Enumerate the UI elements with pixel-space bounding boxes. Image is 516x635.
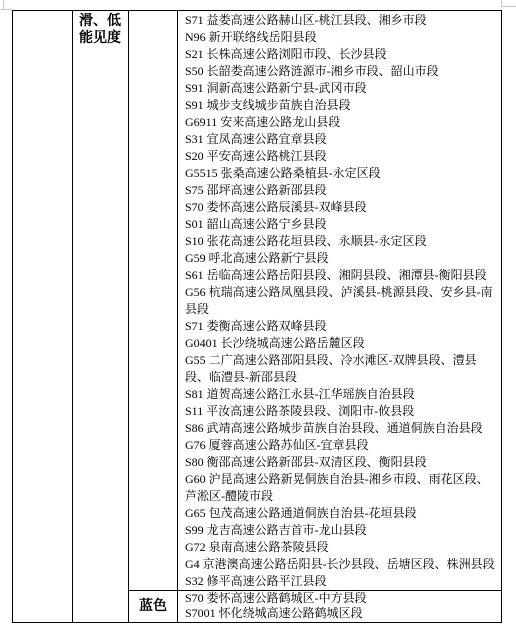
road-item: S80 衡邵高速公路新邵县-双清区段、衡阳县段 — [185, 454, 499, 471]
warning-level-empty-cell — [129, 11, 177, 591]
road-item: S7001 怀化绕城高速公路鹤城区段 — [185, 606, 499, 621]
road-item: N96 新开联络线岳阳县段 — [185, 29, 499, 46]
road-item: G0401 长沙绕城高速公路岳麓区段 — [185, 335, 499, 352]
road-item: G59 呼北高速公路新宁县段 — [185, 250, 499, 267]
hazard-type-column: 滑、低能见度 — [73, 11, 129, 622]
road-item: G56 杭瑞高速公路凤凰县段、泸溪县-桃源县段、安乡县-南县段 — [185, 284, 499, 318]
road-item: S01 韶山高速公路宁乡县段 — [185, 216, 499, 233]
road-item: S91 城步支线城步苗族自治县段 — [185, 97, 499, 114]
road-item: S71 益娄高速公路赫山区-桃江县段、湘乡市段 — [185, 12, 499, 29]
road-item: G72 泉南高速公路茶陵县段 — [185, 539, 499, 556]
road-item: S50 长韶娄高速公路涟源市-湘乡市段、韶山市段 — [185, 63, 499, 80]
road-item: S71 娄衡高速公路双峰县段 — [185, 318, 499, 335]
road-item: G76 厦蓉高速公路苏仙区-宜章县段 — [185, 437, 499, 454]
road-item: S81 道贺高速公路江永县-江华瑶族自治县段 — [185, 386, 499, 403]
road-item: G55 二广高速公路邵阳县段、冷水滩区-双牌县段、澧县段、临澧县-新邵县段 — [185, 352, 499, 386]
gridline-artifact-top-left-horizontal — [0, 9, 12, 10]
road-item: S91 洞新高速公路新宁县-武冈市段 — [185, 80, 499, 97]
main-road-list: S71 益娄高速公路赫山区-桃江县段、湘乡市段 N96 新开联络线岳阳县段 S2… — [178, 11, 501, 591]
road-item: G5515 张桑高速公路桑植县-永定区段 — [185, 165, 499, 182]
road-item: S32 修平高速公路平江县段 — [185, 573, 499, 590]
road-warning-table: 滑、低能见度 蓝色 S71 益娄高速公路赫山区-桃江县段、湘乡市段 N96 新开… — [12, 10, 502, 623]
road-item: S61 岳临高速公路岳阳县段、湘阴县段、湘潭县-衡阳县段 — [185, 267, 499, 284]
warning-level-blue-label: 蓝色 — [129, 591, 177, 622]
road-item: S11 平汝高速公路茶陵县段、浏阳市-攸县段 — [185, 403, 499, 420]
road-item: S20 平安高速公路桃江县段 — [185, 148, 499, 165]
road-item: G6911 安来高速公路龙山县段 — [185, 114, 499, 131]
road-item: S70 娄怀高速公路鹤城区-中方县段 — [185, 591, 499, 606]
road-item: S70 娄怀高速公路辰溪县-双峰县段 — [185, 199, 499, 216]
road-item: S10 张花高速公路花垣县段、永顺县-永定区段 — [185, 233, 499, 250]
road-item: G4 京港澳高速公路岳阳县-长沙县段、岳塘区段、株洲县段 — [185, 556, 499, 573]
blue-level-road-list: S70 娄怀高速公路鹤城区-中方县段 S7001 怀化绕城高速公路鹤城区段 — [178, 591, 501, 622]
empty-left-column — [13, 11, 73, 622]
road-item: S86 武靖高速公路城步苗族自治县段、通道侗族自治县段 — [185, 420, 499, 437]
road-item: S31 宜凤高速公路宜章县段 — [185, 131, 499, 148]
road-item: G65 包茂高速公路通道侗族自治县-花垣县段 — [185, 505, 499, 522]
document-page: { "colors": { "background": "#ffffff", "… — [0, 0, 516, 635]
road-item: G60 沪昆高速公路新晃侗族自治县-湘乡市段、雨花区段、芦淞区-醴陵市段 — [185, 471, 499, 505]
road-list-column: S71 益娄高速公路赫山区-桃江县段、湘乡市段 N96 新开联络线岳阳县段 S2… — [178, 11, 501, 622]
road-item: S99 龙吉高速公路吉首市-龙山县段 — [185, 522, 499, 539]
road-item: S21 长株高速公路浏阳市段、长沙县段 — [185, 46, 499, 63]
road-item: S75 邵坪高速公路新邵县段 — [185, 182, 499, 199]
hazard-type-label: 滑、低能见度 — [73, 11, 128, 47]
warning-level-column: 蓝色 — [129, 11, 178, 622]
gridline-artifact-top-right-horizontal — [501, 6, 516, 7]
